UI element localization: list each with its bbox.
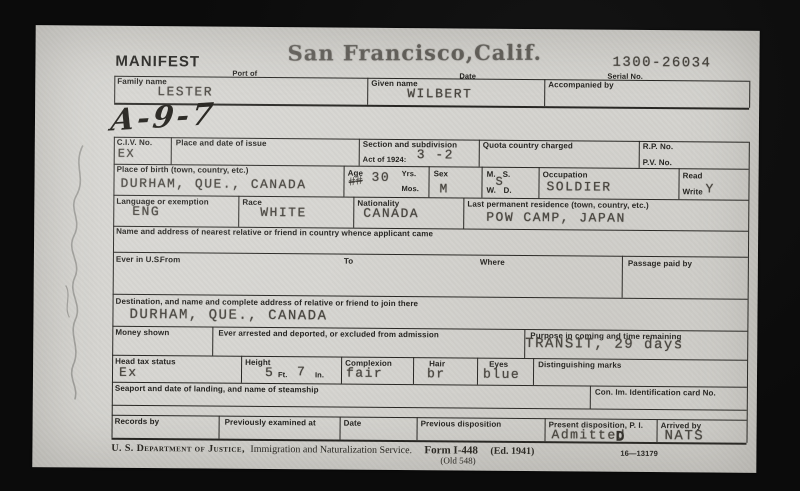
language-value: ENG (132, 204, 160, 219)
mos-label: Mos. (401, 184, 419, 193)
language-label: Language or exemption (116, 197, 208, 207)
sex-value: M (439, 181, 448, 196)
in-label: In. (315, 370, 324, 379)
form-line (678, 168, 679, 199)
scan-background: MANIFEST Port of San Francisco,Calif. Da… (0, 0, 800, 491)
form-line (428, 166, 429, 197)
form-line (341, 357, 342, 384)
pv-no-label: P.V. No. (643, 158, 672, 167)
rp-no-label: R.P. No. (643, 142, 674, 151)
form-line (353, 197, 354, 228)
form-line (114, 76, 115, 103)
form-line (656, 419, 657, 442)
nearest-relative-label: Name and address of nearest relative or … (116, 227, 433, 238)
ever-arrested-label: Ever arrested and deported, or excluded … (218, 329, 439, 340)
form-line (639, 141, 640, 168)
form-line (340, 417, 341, 440)
con-im-card-label: Con. Im. Identification card No. (595, 388, 716, 398)
form-line (212, 327, 213, 356)
place-of-birth-label: Place of birth (town, country, etc.) (117, 165, 249, 175)
footer-agency-name: U. S. Department of Justice, (111, 443, 245, 455)
serial-number-value: 1300-26034 (612, 55, 711, 72)
form-line (238, 196, 239, 227)
previously-examined-label: Previously examined at (225, 418, 316, 428)
accompanied-by-label: Accompanied by (548, 80, 613, 90)
ft-label: Ft. (278, 370, 288, 379)
read-label: Read (683, 171, 703, 180)
quota-country-label: Quota country charged (483, 141, 573, 151)
height-inches-value: 7 (297, 364, 306, 379)
place-of-birth-value: DURHAM, QUE., CANADA (120, 176, 306, 192)
form-line (219, 416, 220, 439)
where-label: Where (480, 258, 505, 267)
from-label: From (160, 255, 180, 264)
occupation-label: Occupation (543, 170, 588, 179)
age-struck-value: ## (348, 174, 364, 190)
port-stamp: San Francisco,Calif. (288, 40, 542, 66)
write-label: Write (682, 187, 702, 196)
occupation-value: SOLDIER (546, 179, 611, 195)
destination-value: DURHAM, QUE., CANADA (129, 307, 327, 325)
form-line (171, 137, 172, 164)
form-line (749, 81, 750, 108)
sex-label: Sex (434, 169, 449, 178)
footer-edition: (Ed. 1941) (490, 446, 534, 457)
civ-no-value: EX (118, 147, 136, 161)
money-shown-label: Money shown (115, 328, 169, 337)
form-line (544, 79, 545, 106)
eyes-value: blue (483, 367, 520, 382)
handwritten-code: A-9-7 (109, 97, 218, 139)
complexion-value: fair (346, 366, 383, 381)
form-line (367, 78, 368, 105)
last-residence-value: POW CAMP, JAPAN (486, 210, 626, 226)
act-1924-label: Act of 1924: (363, 155, 407, 164)
purpose-value: TRANSIT, 29 days (525, 336, 684, 353)
age-value: 30 (372, 170, 391, 185)
arrived-by-value: NATS (664, 428, 704, 444)
civ-no-label: C.I.V. No. (117, 138, 152, 147)
race-value: WHITE (260, 205, 307, 220)
marital-d-label: D. (503, 186, 511, 195)
footer-old-number: (Old 548) (440, 455, 475, 465)
form-line (746, 142, 749, 443)
height-feet-value: 5 (265, 365, 274, 380)
margin-handwriting (51, 135, 97, 405)
form-line (544, 418, 545, 441)
given-name-value: WILBERT (407, 86, 472, 102)
nationality-value: CANADA (363, 206, 419, 221)
place-issue-label: Place and date of issue (176, 138, 267, 148)
form-line (538, 167, 539, 198)
to-label: To (344, 257, 353, 266)
form-line (477, 358, 478, 385)
hair-value: br (427, 366, 446, 381)
yrs-label: Yrs. (402, 169, 417, 178)
form-line (413, 357, 414, 384)
form-line (114, 76, 749, 82)
act-1924-value: 3 -2 (417, 147, 454, 162)
last-residence-label: Last permanent residence (town, country,… (467, 200, 648, 210)
manifest-card: MANIFEST Port of San Francisco,Calif. Da… (32, 25, 759, 473)
marital-m-label: M. (487, 170, 496, 179)
records-by-label: Records by (115, 417, 160, 426)
race-label: Race (242, 198, 262, 207)
footer-agency-service: Immigration and Naturalization Service. (250, 444, 412, 456)
marital-status-value: S (495, 175, 504, 189)
form-line (479, 140, 480, 167)
read-write-value: Y (705, 181, 714, 196)
form-line (112, 405, 747, 411)
distinguishing-marks-label: Distinguishing marks (538, 360, 621, 370)
form-line (622, 256, 623, 298)
manifest-title: MANIFEST (115, 53, 200, 71)
ever-in-us-label: Ever in U.S. (116, 255, 162, 264)
form-line (359, 139, 360, 166)
footer-print-code: 16—13179 (620, 449, 658, 458)
form-line (463, 198, 464, 229)
form-line (113, 252, 748, 258)
form-line (241, 356, 242, 383)
form-line (343, 166, 344, 197)
head-tax-value: Ex (119, 365, 138, 380)
previous-disposition-label: Previous disposition (421, 419, 502, 429)
form-line (481, 167, 482, 198)
passage-paid-label: Passage paid by (628, 259, 692, 269)
form-line (533, 358, 534, 385)
form-line (416, 417, 417, 440)
form-line (590, 386, 591, 409)
records-date-label: Date (344, 419, 362, 428)
seaport-label: Seaport and date of landing, and name of… (115, 384, 319, 395)
present-disposition-overstrike: D (615, 429, 624, 446)
